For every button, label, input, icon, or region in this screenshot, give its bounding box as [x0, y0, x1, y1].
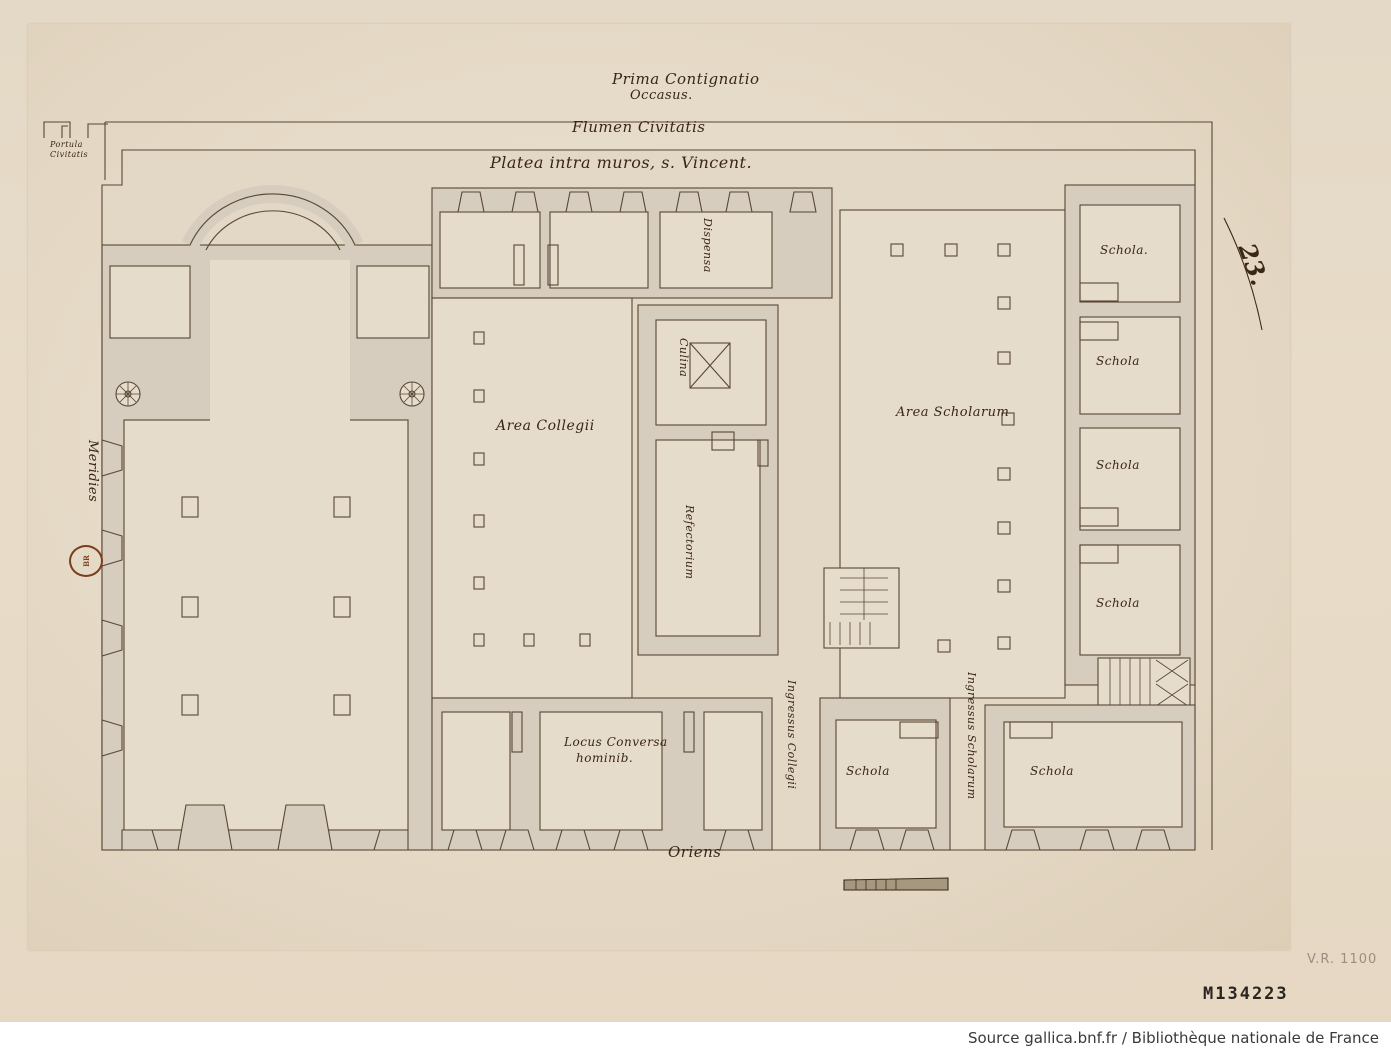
left-side-label: Meridies [85, 440, 100, 502]
room-schola-1: Schola. [1100, 243, 1148, 257]
corner-label-line-1: Portula [50, 140, 88, 150]
inventory-number: M134223 [1203, 984, 1289, 1004]
library-stamp-icon: BR [69, 545, 103, 577]
corner-label-line-2: Civitatis [50, 150, 88, 160]
room-refectorium: Refectorium [683, 505, 696, 579]
title-line-2: Occasus. [630, 88, 693, 103]
room-locus-conversationis: Locus Conversa hominib. [564, 734, 668, 766]
title-line-1: Prima Contignatio [612, 70, 760, 88]
room-area-collegii: Area Collegii [496, 418, 595, 434]
room-dispensa: Dispensa [701, 218, 714, 273]
room-schola-6: Schola [1030, 764, 1074, 778]
bottom-label: Oriens [668, 843, 722, 861]
shelf-mark: V.R. 1100 [1307, 952, 1377, 967]
locus-line-2: hominib. [564, 750, 668, 766]
room-ingressus-collegii: Ingressus Collegii [785, 680, 798, 789]
street-label-top: Flumen Civitatis [572, 118, 705, 136]
room-schola-4: Schola [1096, 596, 1140, 610]
plaza-label: Platea intra muros, s. Vincent. [490, 153, 752, 172]
source-credit: Source gallica.bnf.fr / Bibliothèque nat… [968, 1029, 1379, 1047]
corner-label: Portula Civitatis [50, 140, 88, 160]
room-schola-2: Schola [1096, 354, 1140, 368]
room-area-scholarum: Area Scholarum [896, 405, 1009, 420]
room-culina: Culina [677, 338, 690, 377]
room-ingressus-scholarum: Ingressus Scholarum [965, 672, 978, 800]
locus-line-1: Locus Conversa [564, 734, 668, 750]
room-schola-5: Schola [846, 764, 890, 778]
room-schola-3: Schola [1096, 458, 1140, 472]
